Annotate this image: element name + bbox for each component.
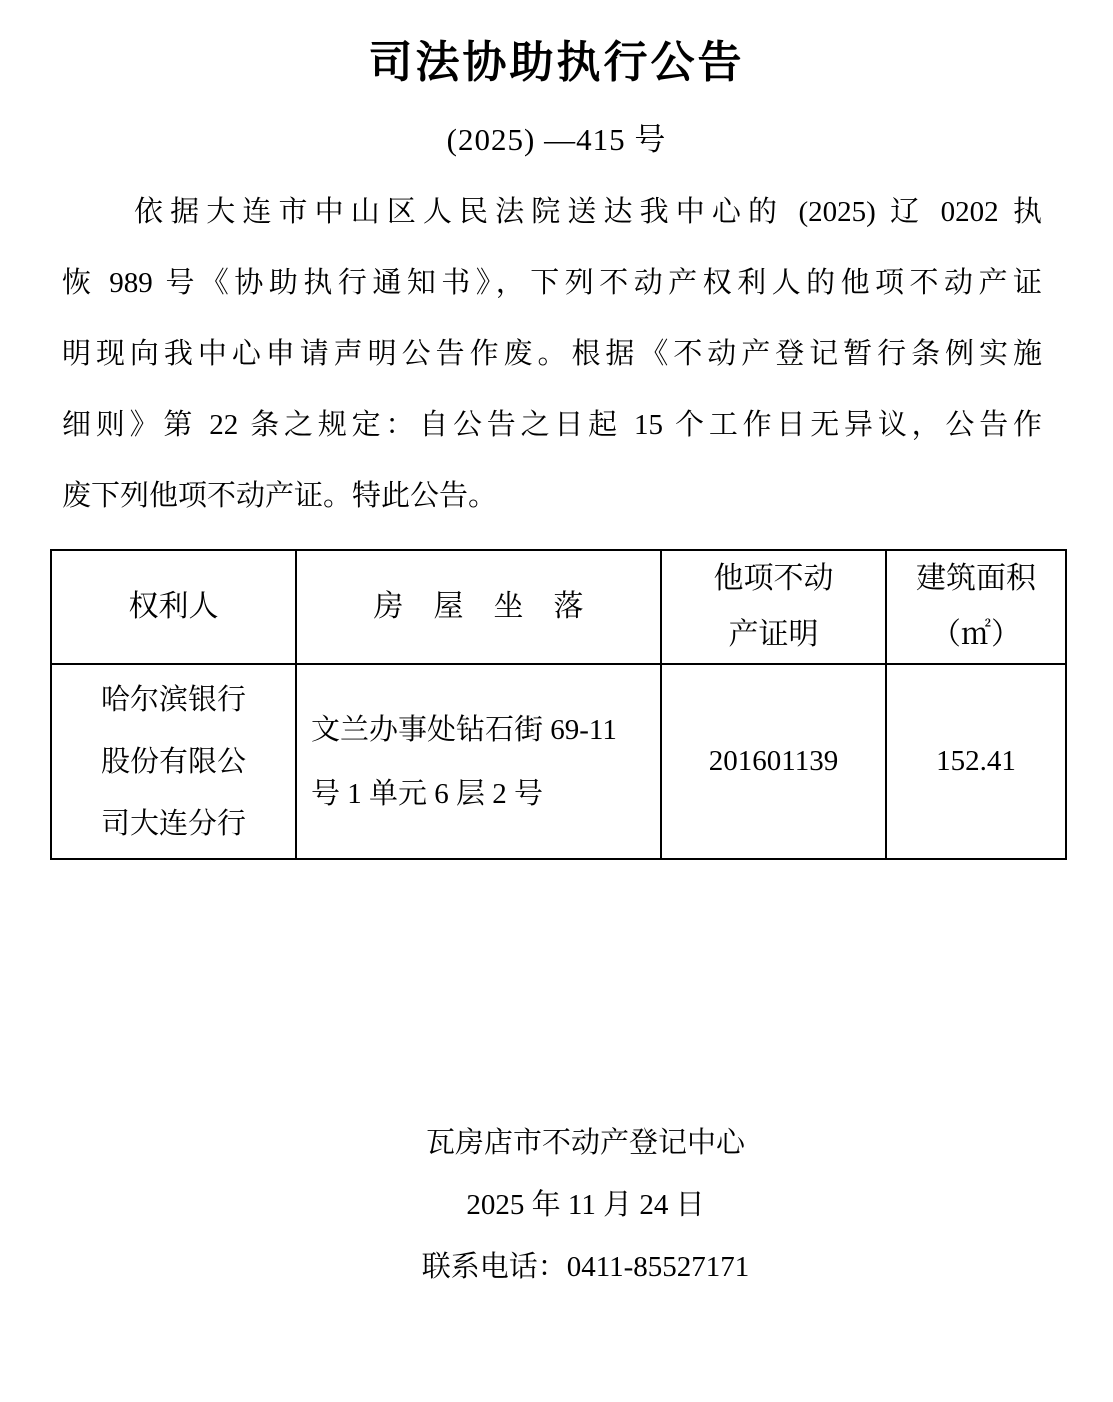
area-cell: 152.41 — [886, 664, 1066, 859]
column-header-location-label: 房 屋 坐 落 — [297, 579, 660, 635]
table-header-row: 权利人 房 屋 坐 落 他项不动 产证明 建筑面积 （㎡） — [51, 550, 1066, 664]
body-line: 明现向我中心申请声明公告作废。根据《不动产登记暂行条例实施 — [62, 319, 1042, 390]
column-header-certificate: 他项不动 产证明 — [661, 550, 886, 664]
column-header-area: 建筑面积 （㎡） — [886, 550, 1066, 664]
issue-date: 2025 年 11 月 24 日 — [58, 1174, 1113, 1236]
location-cell: 文兰办事处钻石街 69-11 号 1 单元 6 层 2 号 — [296, 664, 661, 859]
table-row: 哈尔滨银行 股份有限公 司大连分行 文兰办事处钻石街 69-11 号 1 单元 … — [51, 664, 1066, 859]
column-header-area-label-line2: （㎡） — [887, 607, 1065, 663]
records-table: 权利人 房 屋 坐 落 他项不动 产证明 建筑面积 （㎡） — [50, 549, 1067, 860]
page-title: 司法协助执行公告 — [0, 33, 1113, 93]
column-header-owner-label: 权利人 — [52, 579, 295, 635]
certificate-cell: 201601139 — [661, 664, 886, 859]
doc-number: (2025) —415 号 — [0, 117, 1113, 163]
owner-cell: 哈尔滨银行 股份有限公 司大连分行 — [51, 664, 296, 859]
owner-line: 司大连分行 — [52, 793, 295, 855]
issuer-name: 瓦房店市不动产登记中心 — [58, 1112, 1113, 1174]
contact-phone: 联系电话：0411-85527171 — [58, 1236, 1113, 1298]
owner-line: 哈尔滨银行 — [52, 669, 295, 731]
column-header-certificate-label-line1: 他项不动 — [662, 551, 885, 607]
announcement-paragraph: 依据大连市中山区人民法院送达我中心的 (2025) 辽 0202 执 恢 989… — [62, 177, 1042, 532]
document-page: 司法协助执行公告 (2025) —415 号 依据大连市中山区人民法院送达我中心… — [0, 0, 1113, 1402]
location-line: 文兰办事处钻石街 69-11 — [311, 698, 660, 762]
document-footer: 瓦房店市不动产登记中心 2025 年 11 月 24 日 联系电话：0411-8… — [58, 1112, 1113, 1298]
body-line: 恢 989 号《协助执行通知书》，下列不动产权利人的他项不动产证 — [62, 248, 1042, 319]
column-header-area-label-line1: 建筑面积 — [887, 551, 1065, 607]
column-header-location: 房 屋 坐 落 — [296, 550, 661, 664]
body-line: 细则》第 22 条之规定：自公告之日起 15 个工作日无异议，公告作 — [62, 390, 1042, 461]
body-line: 依据大连市中山区人民法院送达我中心的 (2025) 辽 0202 执 — [62, 177, 1042, 248]
location-line: 号 1 单元 6 层 2 号 — [311, 762, 660, 826]
column-header-owner: 权利人 — [51, 550, 296, 664]
records-table-wrapper: 权利人 房 屋 坐 落 他项不动 产证明 建筑面积 （㎡） — [50, 549, 1067, 860]
owner-line: 股份有限公 — [52, 731, 295, 793]
column-header-certificate-label-line2: 产证明 — [662, 607, 885, 663]
body-line: 废下列他项不动产证。特此公告。 — [62, 461, 1042, 532]
